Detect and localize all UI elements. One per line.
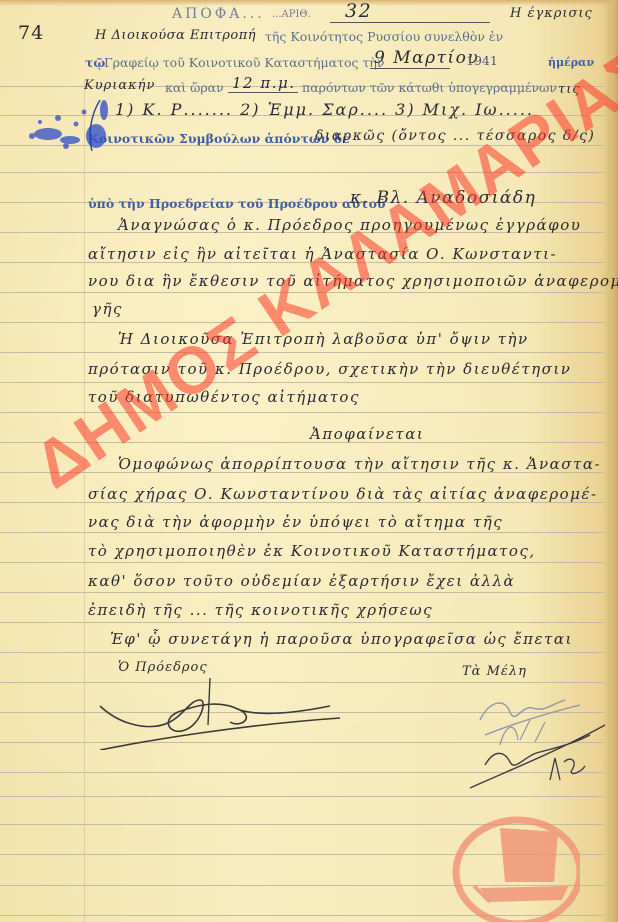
page-number: 74 <box>18 22 44 44</box>
printed-line-6: ὑπὸ τὴν Προεδρείαν τοῦ Προέδρου αὐτοῦ <box>88 196 386 211</box>
ship-seal-icon <box>450 810 580 922</box>
margin-line <box>84 80 85 922</box>
header-title: ΑΠΟΦΑ... <box>172 6 265 22</box>
printed-line-2: Γραφείῳ τοῦ Κοινοτικοῦ Καταστήματος τὴν <box>104 55 384 70</box>
meeting-year: 1941 <box>466 53 498 68</box>
body-line: γῆς <box>92 300 123 318</box>
header-number-label: ...ΑΡΙΘ. <box>272 9 311 20</box>
meeting-date: 9 Μαρτίου <box>374 48 479 68</box>
members-signature-label: Τὰ Μέλη <box>462 664 527 679</box>
decision-number-underline <box>330 22 490 23</box>
printed-line-5: Κοινοτικῶν Συμβούλων ἀπόντων δὲ <box>88 131 350 146</box>
body-line: Ὁμοφώνως ἀπορρίπτουσα τὴν αἴτησιν τῆς κ.… <box>118 455 601 473</box>
body-line: Ἐφ' ᾧ συνετάγη ἡ παροῦσα ὑπογραφεῖσα ὡς … <box>110 630 573 648</box>
meeting-time: 12 π.μ. <box>232 74 296 92</box>
printed-line-1: τῆς Κοινότητος Ρυσσίου συνελθὸν ἐν <box>265 29 503 44</box>
printed-line-3: παρόντων τῶν κάτωθι ὑπογεγραμμένων <box>302 80 557 95</box>
president-signature <box>90 670 360 750</box>
decision-number: 32 <box>345 0 372 22</box>
document-page: 74 ΑΠΟΦΑ... ...ΑΡΙΘ. 32 Η έγκρισις Η Διο… <box>0 0 618 922</box>
body-line: τὸ χρησιμοποιηθὲν ἐκ Κοινοτικοῦ Καταστήμ… <box>88 542 536 560</box>
decision-heading: Ἀποφαίνεται <box>310 425 424 443</box>
body-line: νας διὰ τὴν ἀφορμὴν ἐν ὑπόψει τὸ αἴτημα … <box>88 513 503 531</box>
body-line: σίας χήρας Ο. Κωνσταντίνου διὰ τὰς αἰτία… <box>88 485 598 503</box>
printed-line-2-article: τῷ <box>85 55 105 70</box>
body-line: καθ' ὅσον τοῦτο οὐδεμίαν ἐξαρτήσιν ἔχει … <box>88 572 515 590</box>
member-signatures <box>460 690 610 790</box>
present-members: 1) Κ. Ρ....... 2) Ἐμμ. Σαρ.... 3) Μιχ. Ι… <box>115 100 534 119</box>
decision-subject: Η έγκρισις <box>510 6 593 21</box>
printed-hour-label: καὶ ὥραν <box>165 80 224 95</box>
meeting-weekday: Κυριακήν <box>84 78 155 93</box>
body-line: ἐπειδὴ τῆς ... τῆς κοινοτικῆς χρήσεως <box>88 601 433 619</box>
date-underline <box>370 68 450 69</box>
blue-ink-stamp <box>18 96 113 156</box>
committee-name: Η Διοικούσα Επιτροπή <box>95 28 256 43</box>
time-underline <box>228 92 298 93</box>
